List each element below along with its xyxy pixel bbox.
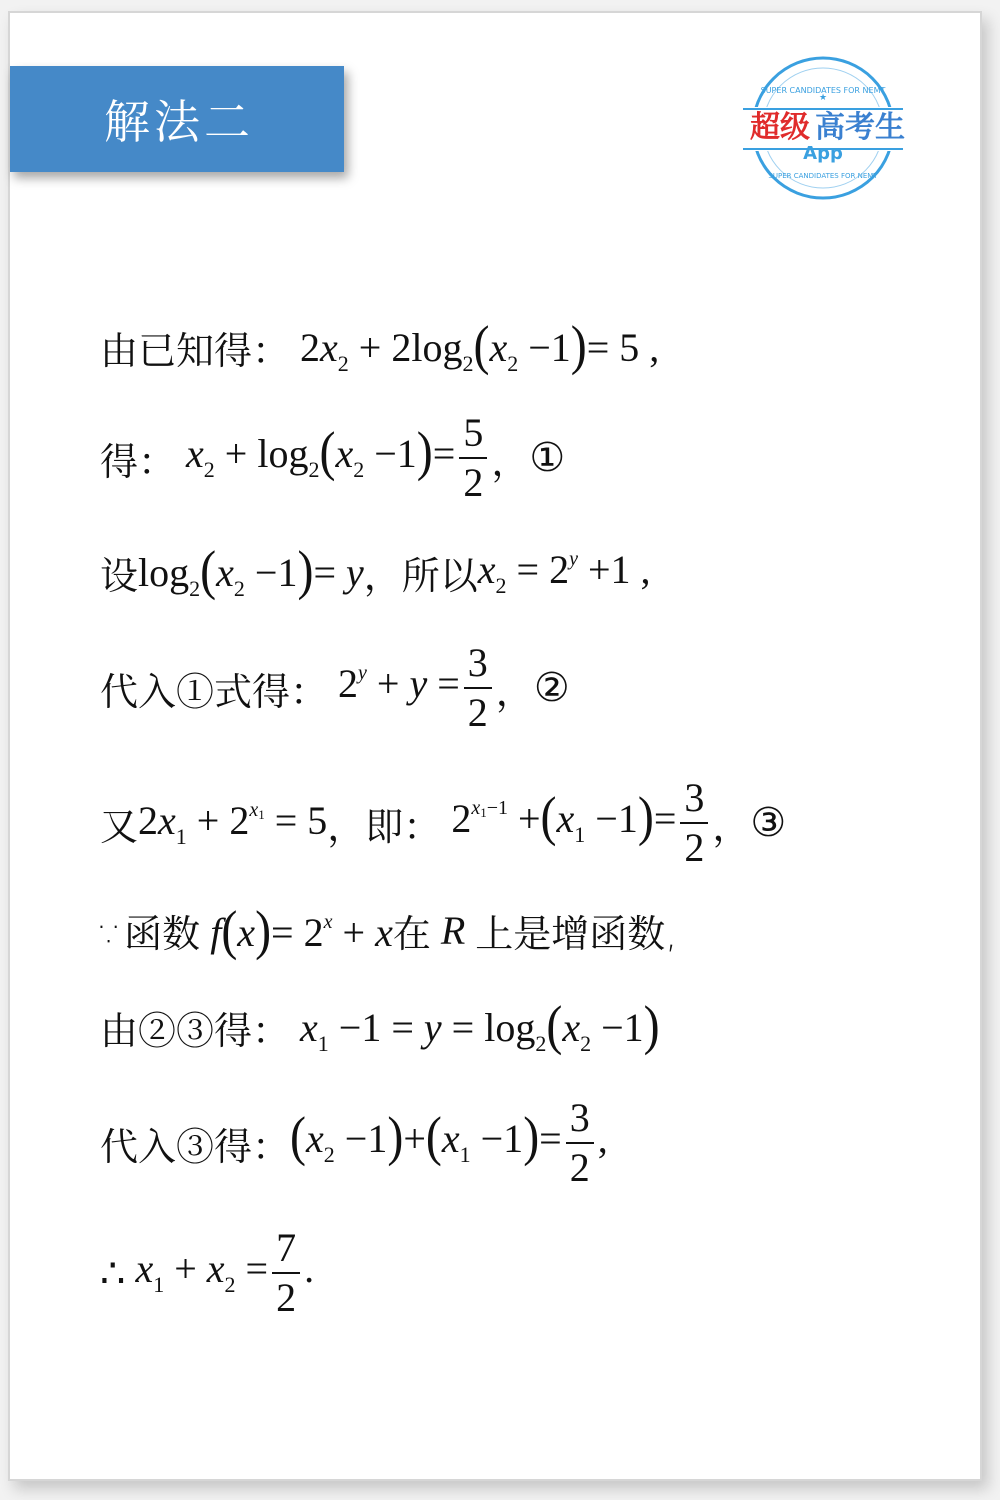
document-page: 解法二 SUPER CANDIDATES FOR NEMT ★ 超级 高考生 A…: [8, 11, 982, 1481]
solution-line-4: 代入①式得： 2y + y =32 ，②: [100, 643, 570, 733]
svg-text:超级: 超级: [750, 110, 810, 145]
solution-line-7: 由②③得： x1 −1 = y = log2(x2 −1): [100, 998, 660, 1057]
solution-line-3: 设 log2(x2 −1)= y ，所以 x2 = 2y +1 ,: [100, 543, 651, 602]
solution-line-1: 由已知得： 2x2 + 2log2(x2 −1)= 5 ,: [100, 318, 659, 377]
solution-line-9: ∴ x1 + x2 =72.: [100, 1228, 314, 1318]
brand-logo-icon: SUPER CANDIDATES FOR NEMT ★ 超级 高考生 App S…: [738, 53, 908, 203]
solution-line-2: 得： x2 + log2(x2 −1)=52 ，①: [100, 413, 565, 503]
solution-line-6: ∵函数 f(x)= 2x + x 在 R 上是增函数,: [100, 903, 677, 958]
solution-line-8: 代入③得： (x2 −1)+(x1 −1)=32,: [100, 1098, 608, 1188]
svg-text:App: App: [803, 143, 843, 164]
svg-text:高考生: 高考生: [815, 110, 905, 145]
svg-text:★: ★: [819, 92, 827, 102]
section-title: 解法二: [10, 66, 344, 172]
svg-text:SUPER CANDIDATES FOR NEMT: SUPER CANDIDATES FOR NEMT: [768, 172, 878, 180]
solution-line-5: 又 2x1 + 2x1 = 5 ，即： 2x1−1 +(x1 −1)=32 ，③: [100, 778, 786, 868]
